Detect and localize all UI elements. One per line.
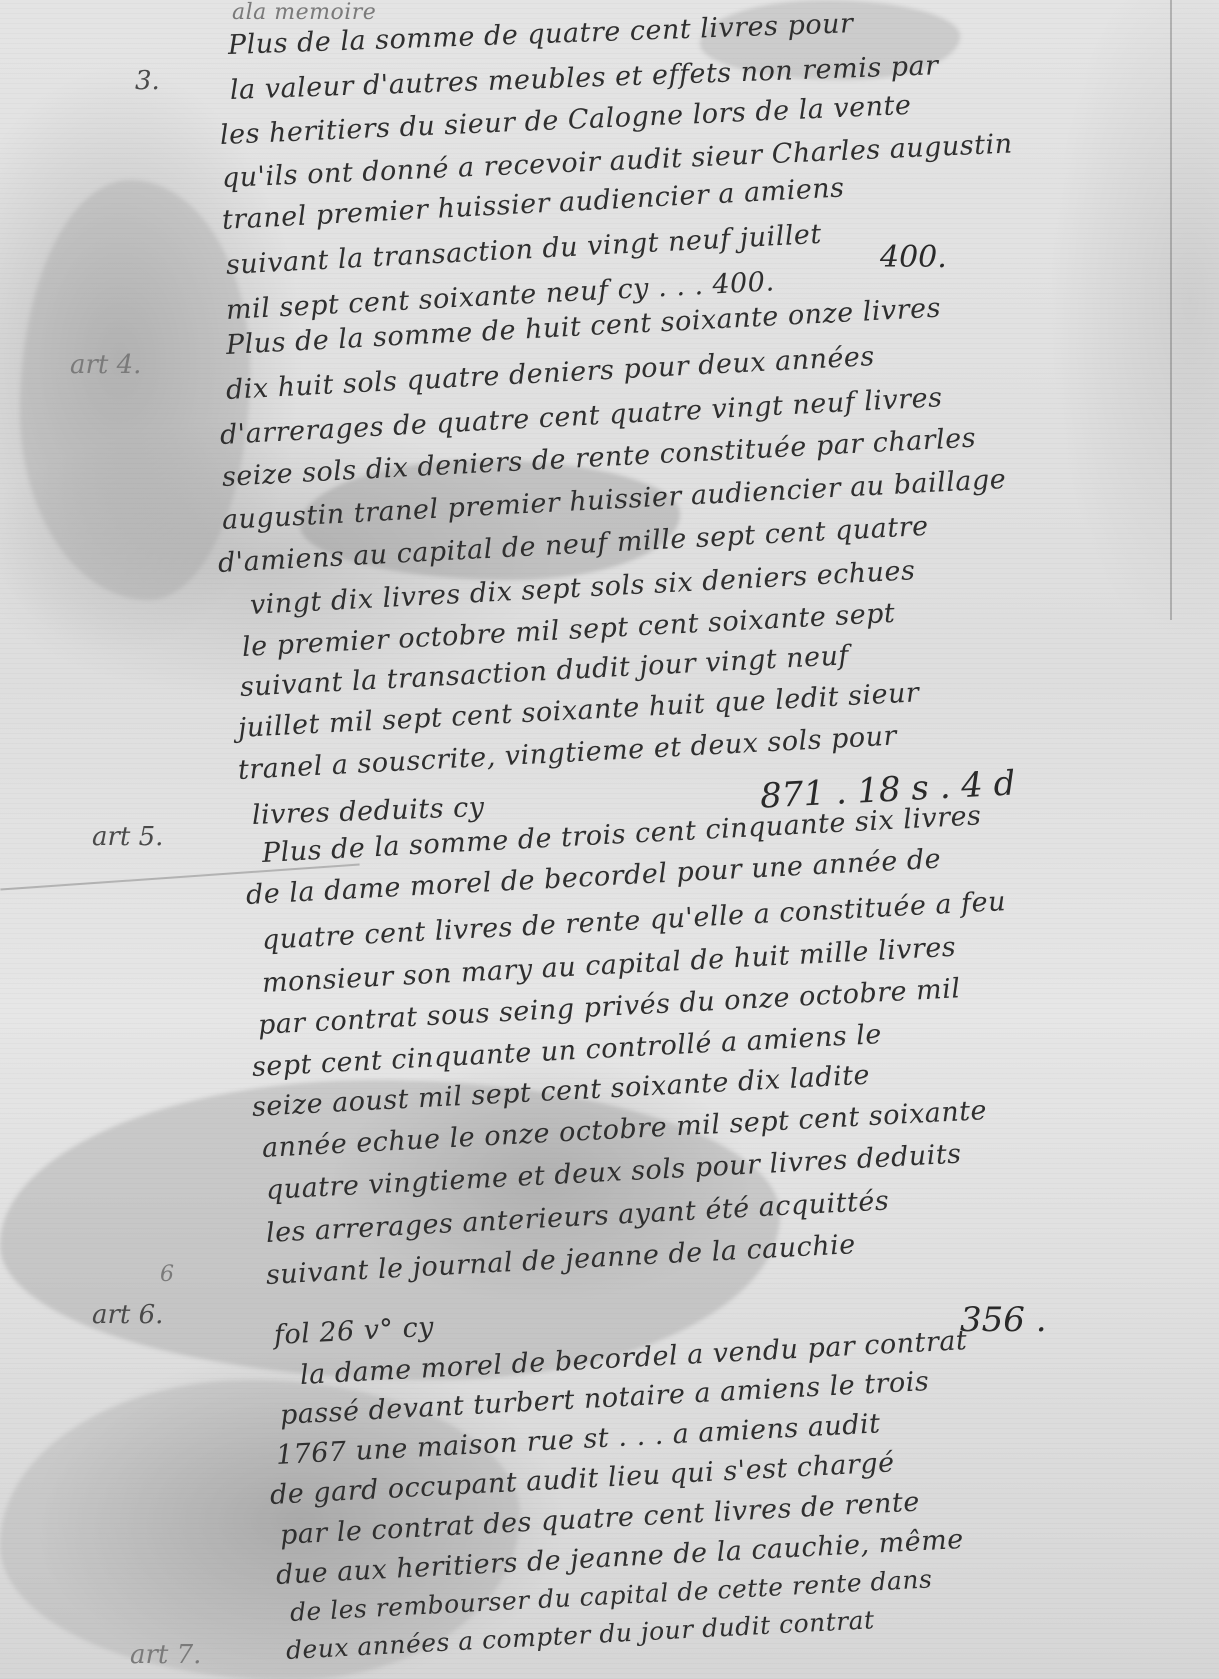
margin-note-art6-small: 6 xyxy=(160,1262,174,1287)
text-line: ala memoire xyxy=(232,0,376,25)
amount-art3: 400. xyxy=(880,240,947,275)
manuscript-page: 3. art 4. art 5. 6 art 6. art 7. ala mem… xyxy=(0,0,1219,1679)
margin-note-art3: 3. xyxy=(135,66,160,96)
amount-art5: 356 . xyxy=(960,1300,1047,1340)
water-stain xyxy=(20,180,250,600)
fold-crease xyxy=(1170,0,1172,620)
margin-note-art6: art 6. xyxy=(92,1300,163,1330)
margin-note-art4: art 4. xyxy=(70,350,141,380)
margin-note-art5: art 5. xyxy=(92,822,163,852)
text-line: livres deduits cy xyxy=(251,792,485,831)
margin-note-art7: art 7. xyxy=(130,1640,201,1670)
